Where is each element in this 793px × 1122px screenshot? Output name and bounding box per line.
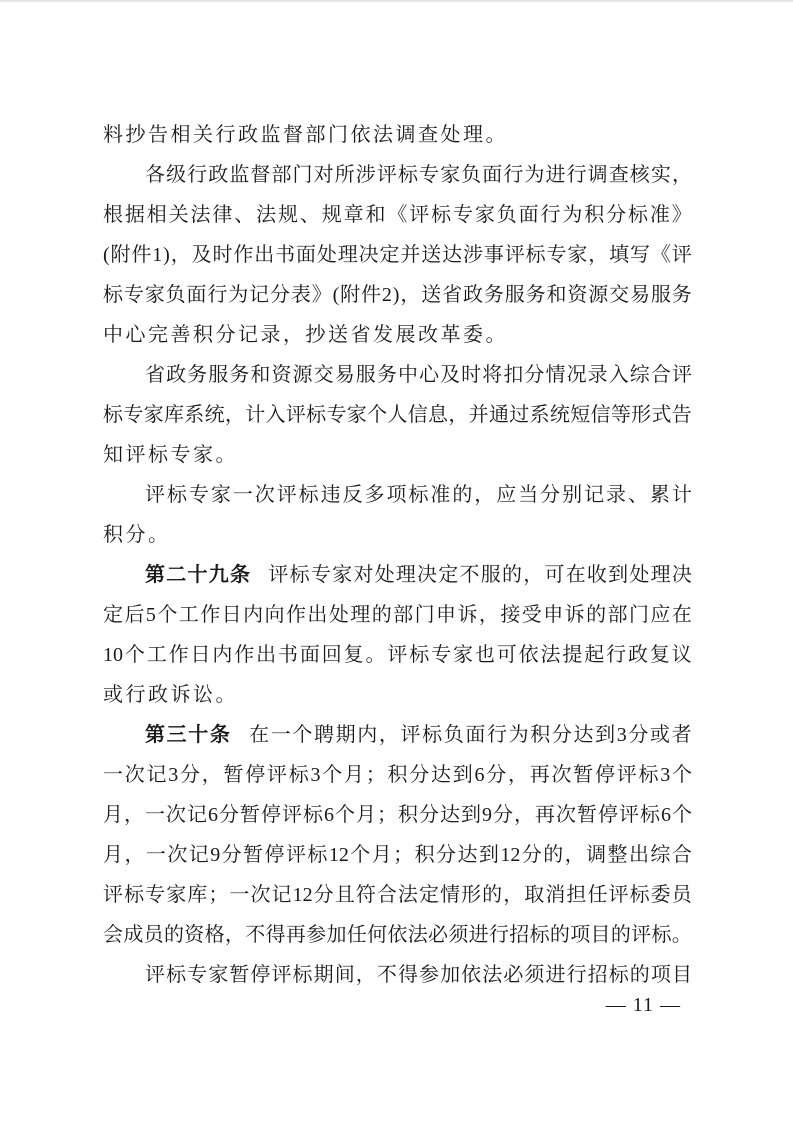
body-char: 中 <box>103 315 123 355</box>
body-char: 9 <box>482 795 492 835</box>
body-char: 次 <box>125 755 145 795</box>
body-char: 行 <box>541 195 561 235</box>
body-char: 。 <box>672 915 692 955</box>
body-char: 抄 <box>306 315 326 355</box>
body-char: 专 <box>326 395 346 435</box>
body-char: 日 <box>191 635 211 675</box>
body-char: 停 <box>595 755 615 795</box>
body-char: 标 <box>306 395 326 435</box>
body-char: ， <box>202 755 222 795</box>
body-char: 信 <box>408 395 428 435</box>
body-char: 6 <box>475 755 485 795</box>
body-char: 省 <box>442 275 462 315</box>
body-char: 依 <box>519 635 539 675</box>
text-line: 月，一次记6分暂停评标6个月；积分达到9分，再次暂停评标6个 <box>103 795 692 835</box>
body-char: 个 <box>672 755 692 795</box>
body-char: 》 <box>312 275 332 315</box>
body-char: 标 <box>398 155 418 195</box>
body-char: 的 <box>630 955 650 995</box>
body-char: 政 <box>463 275 483 315</box>
body-char: 分 <box>522 835 542 875</box>
body-char: 再 <box>535 795 555 835</box>
body-char: 积 <box>584 195 604 235</box>
body-char: 当 <box>518 475 538 515</box>
body-char: 省 <box>351 315 371 355</box>
body-char: 记 <box>584 475 604 515</box>
body-char: 不 <box>245 915 265 955</box>
body-char: 送 <box>421 275 441 315</box>
body-char: 善 <box>171 315 191 355</box>
body-char: ， <box>448 395 468 435</box>
body-char: 相 <box>171 115 191 155</box>
body-char: 革 <box>441 315 461 355</box>
body-char: 暂 <box>229 955 249 995</box>
body-char: 政 <box>166 355 186 395</box>
body-char: 标 <box>103 395 123 435</box>
body-char: 准 <box>430 475 450 515</box>
body-char: 时 <box>461 355 481 395</box>
body-char: 法 <box>541 635 561 675</box>
body-char: 工 <box>147 635 167 675</box>
body-char: 标 <box>651 915 671 955</box>
body-char: 表 <box>291 275 311 315</box>
body-char: 面 <box>187 275 207 315</box>
body-char: 件 <box>361 275 381 315</box>
body-char: 交 <box>314 355 334 395</box>
document-page: 料抄告相关行政监督部门依法调查处理。各级行政监督部门对所涉评标专家负面行为进行调… <box>0 0 793 1122</box>
body-char: 规 <box>322 195 342 235</box>
body-char: 议 <box>672 635 692 675</box>
body-char: 料 <box>103 115 123 155</box>
body-char: ( <box>103 235 110 275</box>
body-char: 暂 <box>224 755 244 795</box>
body-char: 送 <box>421 235 441 275</box>
body-char: 停 <box>265 835 285 875</box>
body-char: 心 <box>126 315 146 355</box>
body-char: 易 <box>630 275 650 315</box>
body-char: 行 <box>187 155 207 195</box>
body-char: 并 <box>469 395 489 435</box>
body-char: 9 <box>210 835 220 875</box>
body-char: 合 <box>651 355 671 395</box>
body-char: 专 <box>123 395 143 435</box>
body-char: 评 <box>103 875 123 915</box>
article-heading-char: 条 <box>230 555 250 595</box>
body-char: 负 <box>497 195 517 235</box>
body-char: 准 <box>650 195 670 235</box>
body-char: 违 <box>321 475 341 515</box>
body-char: 内 <box>212 635 232 675</box>
body-char: 省 <box>145 355 165 395</box>
body-char: 次 <box>552 755 572 795</box>
body-char: ( <box>333 275 340 315</box>
body-char: 附 <box>340 275 360 315</box>
body-char: 诉 <box>457 595 477 635</box>
body-char: 入 <box>266 395 286 435</box>
body-char: 务 <box>672 275 692 315</box>
body-char: 记 <box>189 835 209 875</box>
body-char: 政 <box>628 635 648 675</box>
body-char: 标 <box>409 635 429 675</box>
article-heading-char: 第 <box>145 715 165 755</box>
body-char: 任 <box>347 915 367 955</box>
body-char: ； <box>208 875 228 915</box>
body-char: 3 <box>168 755 178 795</box>
body-char: 合 <box>672 835 692 875</box>
body-char: 源 <box>293 355 313 395</box>
body-char: 部 <box>271 155 291 195</box>
body-char: 知 <box>103 435 123 475</box>
body-char: 日 <box>222 595 242 635</box>
body-char: 面 <box>296 235 316 275</box>
body-char: 入 <box>609 355 629 395</box>
body-char: 务 <box>484 275 504 315</box>
body-char: 法 <box>408 915 428 955</box>
body-char: 理 <box>651 555 671 595</box>
body-char: 个 <box>335 795 355 835</box>
body-char: 一 <box>145 795 165 835</box>
body-char: 处 <box>629 555 649 595</box>
body-char: 次 <box>556 795 576 835</box>
body-char: 应 <box>650 595 670 635</box>
body-char: 行 <box>126 675 146 715</box>
body-char: ， <box>225 395 245 435</box>
body-char: 标 <box>166 955 186 995</box>
body-char: 各 <box>145 155 165 195</box>
body-char: 处 <box>441 115 461 155</box>
text-line: 根据相关法律、法规、规章和《评标专家负面行为积分标准》 <box>103 195 692 235</box>
body-char: 可 <box>497 635 517 675</box>
body-char: 和 <box>366 195 386 235</box>
body-char: 面 <box>482 155 502 195</box>
body-char: 律 <box>212 195 232 235</box>
body-char: 专 <box>171 435 191 475</box>
text-line: 中心完善积分记录，抄送省发展改革委。 <box>103 315 692 355</box>
body-char: 规 <box>278 195 298 235</box>
page-number: — 11 — <box>606 994 681 1017</box>
body-char: 。 <box>148 515 168 555</box>
article-heading-char: 三 <box>167 715 187 755</box>
body-char: 法 <box>373 115 393 155</box>
body-char: 面 <box>465 715 485 755</box>
body-char: 依 <box>387 915 407 955</box>
body-char: 部 <box>393 595 413 635</box>
body-char: 起 <box>584 635 604 675</box>
body-char: 评 <box>282 795 302 835</box>
body-char: 部 <box>608 595 628 635</box>
body-char: 家 <box>332 555 352 595</box>
body-char: 月 <box>356 795 376 835</box>
body-char: 对 <box>314 155 334 195</box>
body-char: 完 <box>148 315 168 355</box>
body-char: 2 <box>382 275 392 315</box>
body-char: 负 <box>444 715 464 755</box>
body-char: 或 <box>103 675 123 715</box>
body-char: 分 <box>222 835 242 875</box>
body-char: 为 <box>524 155 544 195</box>
body-char: ， <box>503 875 523 915</box>
body-char: 分 <box>493 795 513 835</box>
body-char: 源 <box>588 275 608 315</box>
body-char: 不 <box>377 955 397 995</box>
body-char: 家 <box>567 235 587 275</box>
article-heading-char: 第 <box>145 555 165 595</box>
body-char: 个 <box>157 595 177 635</box>
body-char: ， <box>356 955 376 995</box>
body-char: 时 <box>212 235 232 275</box>
body-char: 中 <box>398 355 418 395</box>
body-char: 一 <box>229 875 249 915</box>
body-char: 达 <box>442 235 462 275</box>
body-char: 记 <box>249 275 269 315</box>
body-char: 分 <box>216 315 236 355</box>
body-char: 项 <box>570 915 590 955</box>
body-char: 参 <box>306 915 326 955</box>
body-char: 暂 <box>577 795 597 835</box>
body-char: 依 <box>351 115 371 155</box>
body-char: 记 <box>147 755 167 795</box>
body-char: 实 <box>651 155 671 195</box>
body-char: 评 <box>271 955 291 995</box>
text-line: 评标专家暂停评标期间，不得参加依法必须进行招标的项目 <box>103 955 692 995</box>
body-char: 复 <box>344 635 364 675</box>
body-char: 行 <box>207 275 227 315</box>
article-heading-char: 九 <box>209 555 229 595</box>
body-char: 目 <box>591 915 611 955</box>
body-char: 多 <box>365 475 385 515</box>
body-char: 、 <box>300 195 320 235</box>
text-line: 知评标专家。 <box>103 435 692 475</box>
body-char: 库 <box>187 875 207 915</box>
text-line: 第二十九条评标专家对处理决定不服的，可在收到处理决 <box>103 555 692 595</box>
body-char: 理 <box>338 235 358 275</box>
body-char: 形 <box>461 875 481 915</box>
body-char: 评 <box>505 235 525 275</box>
body-char: 期 <box>314 955 334 995</box>
body-char: 调 <box>586 835 606 875</box>
body-char: 所 <box>335 155 355 195</box>
body-char: 个 <box>322 755 342 795</box>
body-char: ； <box>393 835 413 875</box>
body-char: ， <box>225 915 245 955</box>
body-char: 暂 <box>243 835 263 875</box>
body-char: 标 <box>639 755 659 795</box>
body-char: 间 <box>335 955 355 995</box>
body-char: 为 <box>509 715 529 755</box>
body-char: 月 <box>344 755 364 795</box>
body-char: 申 <box>543 595 563 635</box>
text-line: 各级行政监督部门对所涉评标专家负面行为进行调查核实， <box>103 155 692 195</box>
body-char: 定 <box>103 595 123 635</box>
body-char: 受 <box>522 595 542 635</box>
body-char: 相 <box>147 195 167 235</box>
body-char: 达 <box>457 835 477 875</box>
body-char: 行 <box>567 155 587 195</box>
body-char: 标 <box>299 475 319 515</box>
body-char: 标 <box>124 875 144 915</box>
body-char: 分 <box>436 835 456 875</box>
text-line: 月，一次记9分暂停评标12个月；积分达到12分的，调整出综合 <box>103 835 692 875</box>
body-char: 标 <box>307 835 327 875</box>
body-char: 涉 <box>463 235 483 275</box>
body-char: 作 <box>233 235 253 275</box>
article-heading-char: 二 <box>166 555 186 595</box>
body-char: 家 <box>166 875 186 915</box>
body-char: 录 <box>588 355 608 395</box>
body-char: 对 <box>353 555 373 595</box>
body-char: ， <box>474 475 494 515</box>
body-char: 评 <box>387 635 407 675</box>
body-char: 专 <box>189 475 209 515</box>
body-char: 息 <box>428 395 448 435</box>
body-char: 的 <box>586 595 606 635</box>
body-char: 1 <box>152 235 162 275</box>
body-char: 标 <box>431 195 451 235</box>
body-char: 可 <box>544 555 564 595</box>
body-char: 录 <box>261 315 281 355</box>
body-char: 件 <box>131 235 151 275</box>
body-char: 督 <box>250 155 270 195</box>
body-char: 定 <box>419 875 439 915</box>
scan-edge-artifact <box>0 0 793 3</box>
body-char: 到 <box>453 755 473 795</box>
body-char: 达 <box>574 715 594 755</box>
body-char: 评 <box>286 395 306 435</box>
body-char: ， <box>508 755 528 795</box>
text-line: 评标专家一次评标违反多项标准的，应当分别记录、累计 <box>103 475 692 515</box>
body-char: 个 <box>672 795 692 835</box>
body-char: 家 <box>347 395 367 435</box>
body-char: 面 <box>300 635 320 675</box>
body-char: 务 <box>187 355 207 395</box>
body-char: 的 <box>372 595 392 635</box>
body-char: 6 <box>208 795 218 835</box>
body-char: 务 <box>377 355 397 395</box>
body-char: 或 <box>650 715 670 755</box>
body-char: 次 <box>166 795 186 835</box>
body-char: 格 <box>205 915 225 955</box>
body-char: 达 <box>440 795 460 835</box>
body-char: 分 <box>270 275 290 315</box>
body-char: 及 <box>192 235 212 275</box>
body-char: 服 <box>481 555 501 595</box>
body-char: 须 <box>524 955 544 995</box>
body-char: 内 <box>243 595 263 635</box>
body-char: 达 <box>431 755 451 795</box>
body-char: 聘 <box>314 715 334 755</box>
body-char: 会 <box>103 915 123 955</box>
body-char: 进 <box>545 155 565 195</box>
body-char: 。 <box>366 635 386 675</box>
body-char: 12 <box>329 835 349 875</box>
body-char: 决 <box>359 235 379 275</box>
text-line: 会成员的资格，不得再参加任何依法必须进行招标的项目的评标。 <box>103 915 692 955</box>
body-char: 停 <box>250 955 270 995</box>
body-char: 诉 <box>171 675 191 715</box>
body-char: 督 <box>283 115 303 155</box>
body-char: 家 <box>145 275 165 315</box>
body-char: 标 <box>148 435 168 475</box>
body-char: 在 <box>672 595 692 635</box>
body-char: 累 <box>650 475 670 515</box>
body-char: ， <box>400 275 420 315</box>
body-char: 的 <box>611 915 631 955</box>
body-char: 项 <box>651 955 671 995</box>
body-char: 综 <box>650 835 670 875</box>
body-char: 专 <box>187 955 207 995</box>
body-char: 标 <box>293 955 313 995</box>
body-char: ； <box>377 795 397 835</box>
body-char: 分 <box>486 755 506 795</box>
body-char: ， <box>479 595 499 635</box>
body-char: 行 <box>216 115 236 155</box>
body-char: 应 <box>496 475 516 515</box>
body-char: 录 <box>606 475 626 515</box>
body-char: 作 <box>286 595 306 635</box>
body-char: 根 <box>103 195 123 235</box>
body-char: 工 <box>179 595 199 635</box>
body-char: 资 <box>271 355 291 395</box>
body-char: 取 <box>524 875 544 915</box>
body-char: 门 <box>328 115 348 155</box>
body-char: 附 <box>111 235 131 275</box>
text-line: 第三十条在一个聘期内，评标负面行为积分达到3分或者 <box>103 715 692 755</box>
body-char: 专 <box>419 155 439 195</box>
body-char: 行 <box>606 635 626 675</box>
body-char: 告 <box>148 115 168 155</box>
body-char: 填 <box>609 235 629 275</box>
body-char: 记 <box>238 315 258 355</box>
body-char: 的 <box>164 915 184 955</box>
body-char: 记 <box>272 875 292 915</box>
body-char: 收 <box>587 555 607 595</box>
body-char: 服 <box>208 355 228 395</box>
body-char: 短 <box>570 395 590 435</box>
body-char: 不 <box>460 555 480 595</box>
body-char: 监 <box>229 155 249 195</box>
body-char: 积 <box>530 715 550 755</box>
body-char: 统 <box>205 395 225 435</box>
body-char: 目 <box>672 955 692 995</box>
body-char: 评 <box>126 435 146 475</box>
body-char: 专 <box>145 875 165 915</box>
body-char: 负 <box>461 155 481 195</box>
body-char: 评 <box>401 715 421 755</box>
body-char: 后 <box>124 595 144 635</box>
body-char: 统 <box>550 395 570 435</box>
body-char: 监 <box>261 115 281 155</box>
body-char: 成 <box>123 915 143 955</box>
body-char: 及 <box>440 355 460 395</box>
body-char: 写 <box>630 235 650 275</box>
body-char: 评 <box>267 755 287 795</box>
body-char: 必 <box>503 955 523 995</box>
body-char: 标 <box>103 275 123 315</box>
body-char: 标 <box>422 715 442 755</box>
body-char: 系 <box>530 395 550 435</box>
body-char: 申 <box>436 595 456 635</box>
body-char: 6 <box>661 795 671 835</box>
text-line: 或行政诉讼。 <box>103 675 692 715</box>
body-char: 法 <box>398 875 418 915</box>
body-char: 分 <box>409 755 429 795</box>
body-char: 者 <box>672 715 692 755</box>
body-char: 》 <box>672 195 692 235</box>
body-char: ， <box>283 315 303 355</box>
body-char: 参 <box>419 955 439 995</box>
body-char: 分 <box>524 355 544 395</box>
body-char: 停 <box>598 795 618 835</box>
